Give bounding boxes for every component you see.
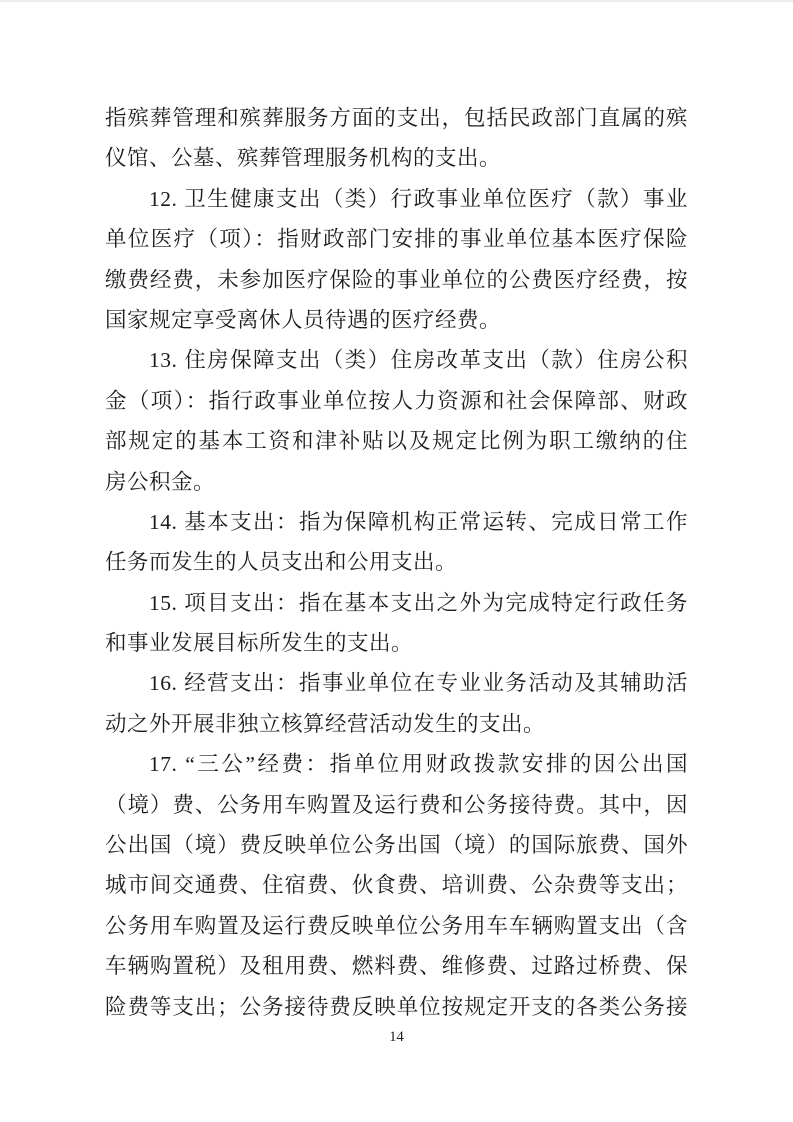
- text-line: 车辆购置税）及租用费、燃料费、维修费、过路过桥费、保: [105, 946, 688, 986]
- text-line: 指殡葬管理和殡葬服务方面的支出，包括民政部门直属的殡: [105, 98, 688, 138]
- text-line: 国家规定享受离休人员待遇的医疗经费。: [105, 300, 688, 340]
- paragraph-item-14: 14. 基本支出：指为保障机构正常运转、完成日常工作任务而发生的人员支出和公用支…: [105, 502, 688, 583]
- text-line: 14. 基本支出：指为保障机构正常运转、完成日常工作: [105, 502, 688, 542]
- text-line: 17. “三公”经费：指单位用财政拨款安排的因公出国: [105, 744, 688, 784]
- text-line: 公务用车购置及运行费反映单位公务用车车辆购置支出（含: [105, 906, 688, 946]
- text-line: 单位医疗（项）：指财政部门安排的事业单位基本医疗保险: [105, 219, 688, 259]
- text-line: 部规定的基本工资和津补贴以及规定比例为职工缴纳的住: [105, 421, 688, 461]
- document-body: 指殡葬管理和殡葬服务方面的支出，包括民政部门直属的殡仪馆、公墓、殡葬管理服务机构…: [105, 98, 688, 1027]
- text-line: 和事业发展目标所发生的支出。: [105, 623, 688, 663]
- text-line: 公出国（境）费反映单位公务出国（境）的国际旅费、国外: [105, 825, 688, 865]
- text-line: 15. 项目支出：指在基本支出之外为完成特定行政任务: [105, 583, 688, 623]
- text-line: 金（项）：指行政事业单位按人力资源和社会保障部、财政: [105, 381, 688, 421]
- paragraph-item-11-continuation: 指殡葬管理和殡葬服务方面的支出，包括民政部门直属的殡仪馆、公墓、殡葬管理服务机构…: [105, 98, 688, 179]
- text-line: 16. 经营支出：指事业单位在专业业务活动及其辅助活: [105, 663, 688, 703]
- paragraph-item-15: 15. 项目支出：指在基本支出之外为完成特定行政任务和事业发展目标所发生的支出。: [105, 583, 688, 664]
- document-page: 指殡葬管理和殡葬服务方面的支出，包括民政部门直属的殡仪馆、公墓、殡葬管理服务机构…: [0, 0, 793, 1122]
- text-line: 动之外开展非独立核算经营活动发生的支出。: [105, 704, 688, 744]
- paragraph-item-13: 13. 住房保障支出（类）住房改革支出（款）住房公积金（项）：指行政事业单位按人…: [105, 340, 688, 502]
- text-line: 缴费经费，未参加医疗保险的事业单位的公费医疗经费，按: [105, 260, 688, 300]
- text-line: 12. 卫生健康支出（类）行政事业单位医疗（款）事业: [105, 179, 688, 219]
- text-line: 房公积金。: [105, 462, 688, 502]
- text-line: （境）费、公务用车购置及运行费和公务接待费。其中，因: [105, 785, 688, 825]
- page-number: 14: [0, 1026, 793, 1048]
- text-line: 任务而发生的人员支出和公用支出。: [105, 542, 688, 582]
- text-line: 仪馆、公墓、殡葬管理服务机构的支出。: [105, 138, 688, 178]
- text-line: 城市间交通费、住宿费、伙食费、培训费、公杂费等支出；: [105, 865, 688, 905]
- paragraph-item-16: 16. 经营支出：指事业单位在专业业务活动及其辅助活动之外开展非独立核算经营活动…: [105, 663, 688, 744]
- paragraph-item-12: 12. 卫生健康支出（类）行政事业单位医疗（款）事业单位医疗（项）：指财政部门安…: [105, 179, 688, 341]
- paragraph-item-17: 17. “三公”经费：指单位用财政拨款安排的因公出国（境）费、公务用车购置及运行…: [105, 744, 688, 1027]
- text-line: 13. 住房保障支出（类）住房改革支出（款）住房公积: [105, 340, 688, 380]
- text-line: 险费等支出；公务接待费反映单位按规定开支的各类公务接: [105, 987, 688, 1027]
